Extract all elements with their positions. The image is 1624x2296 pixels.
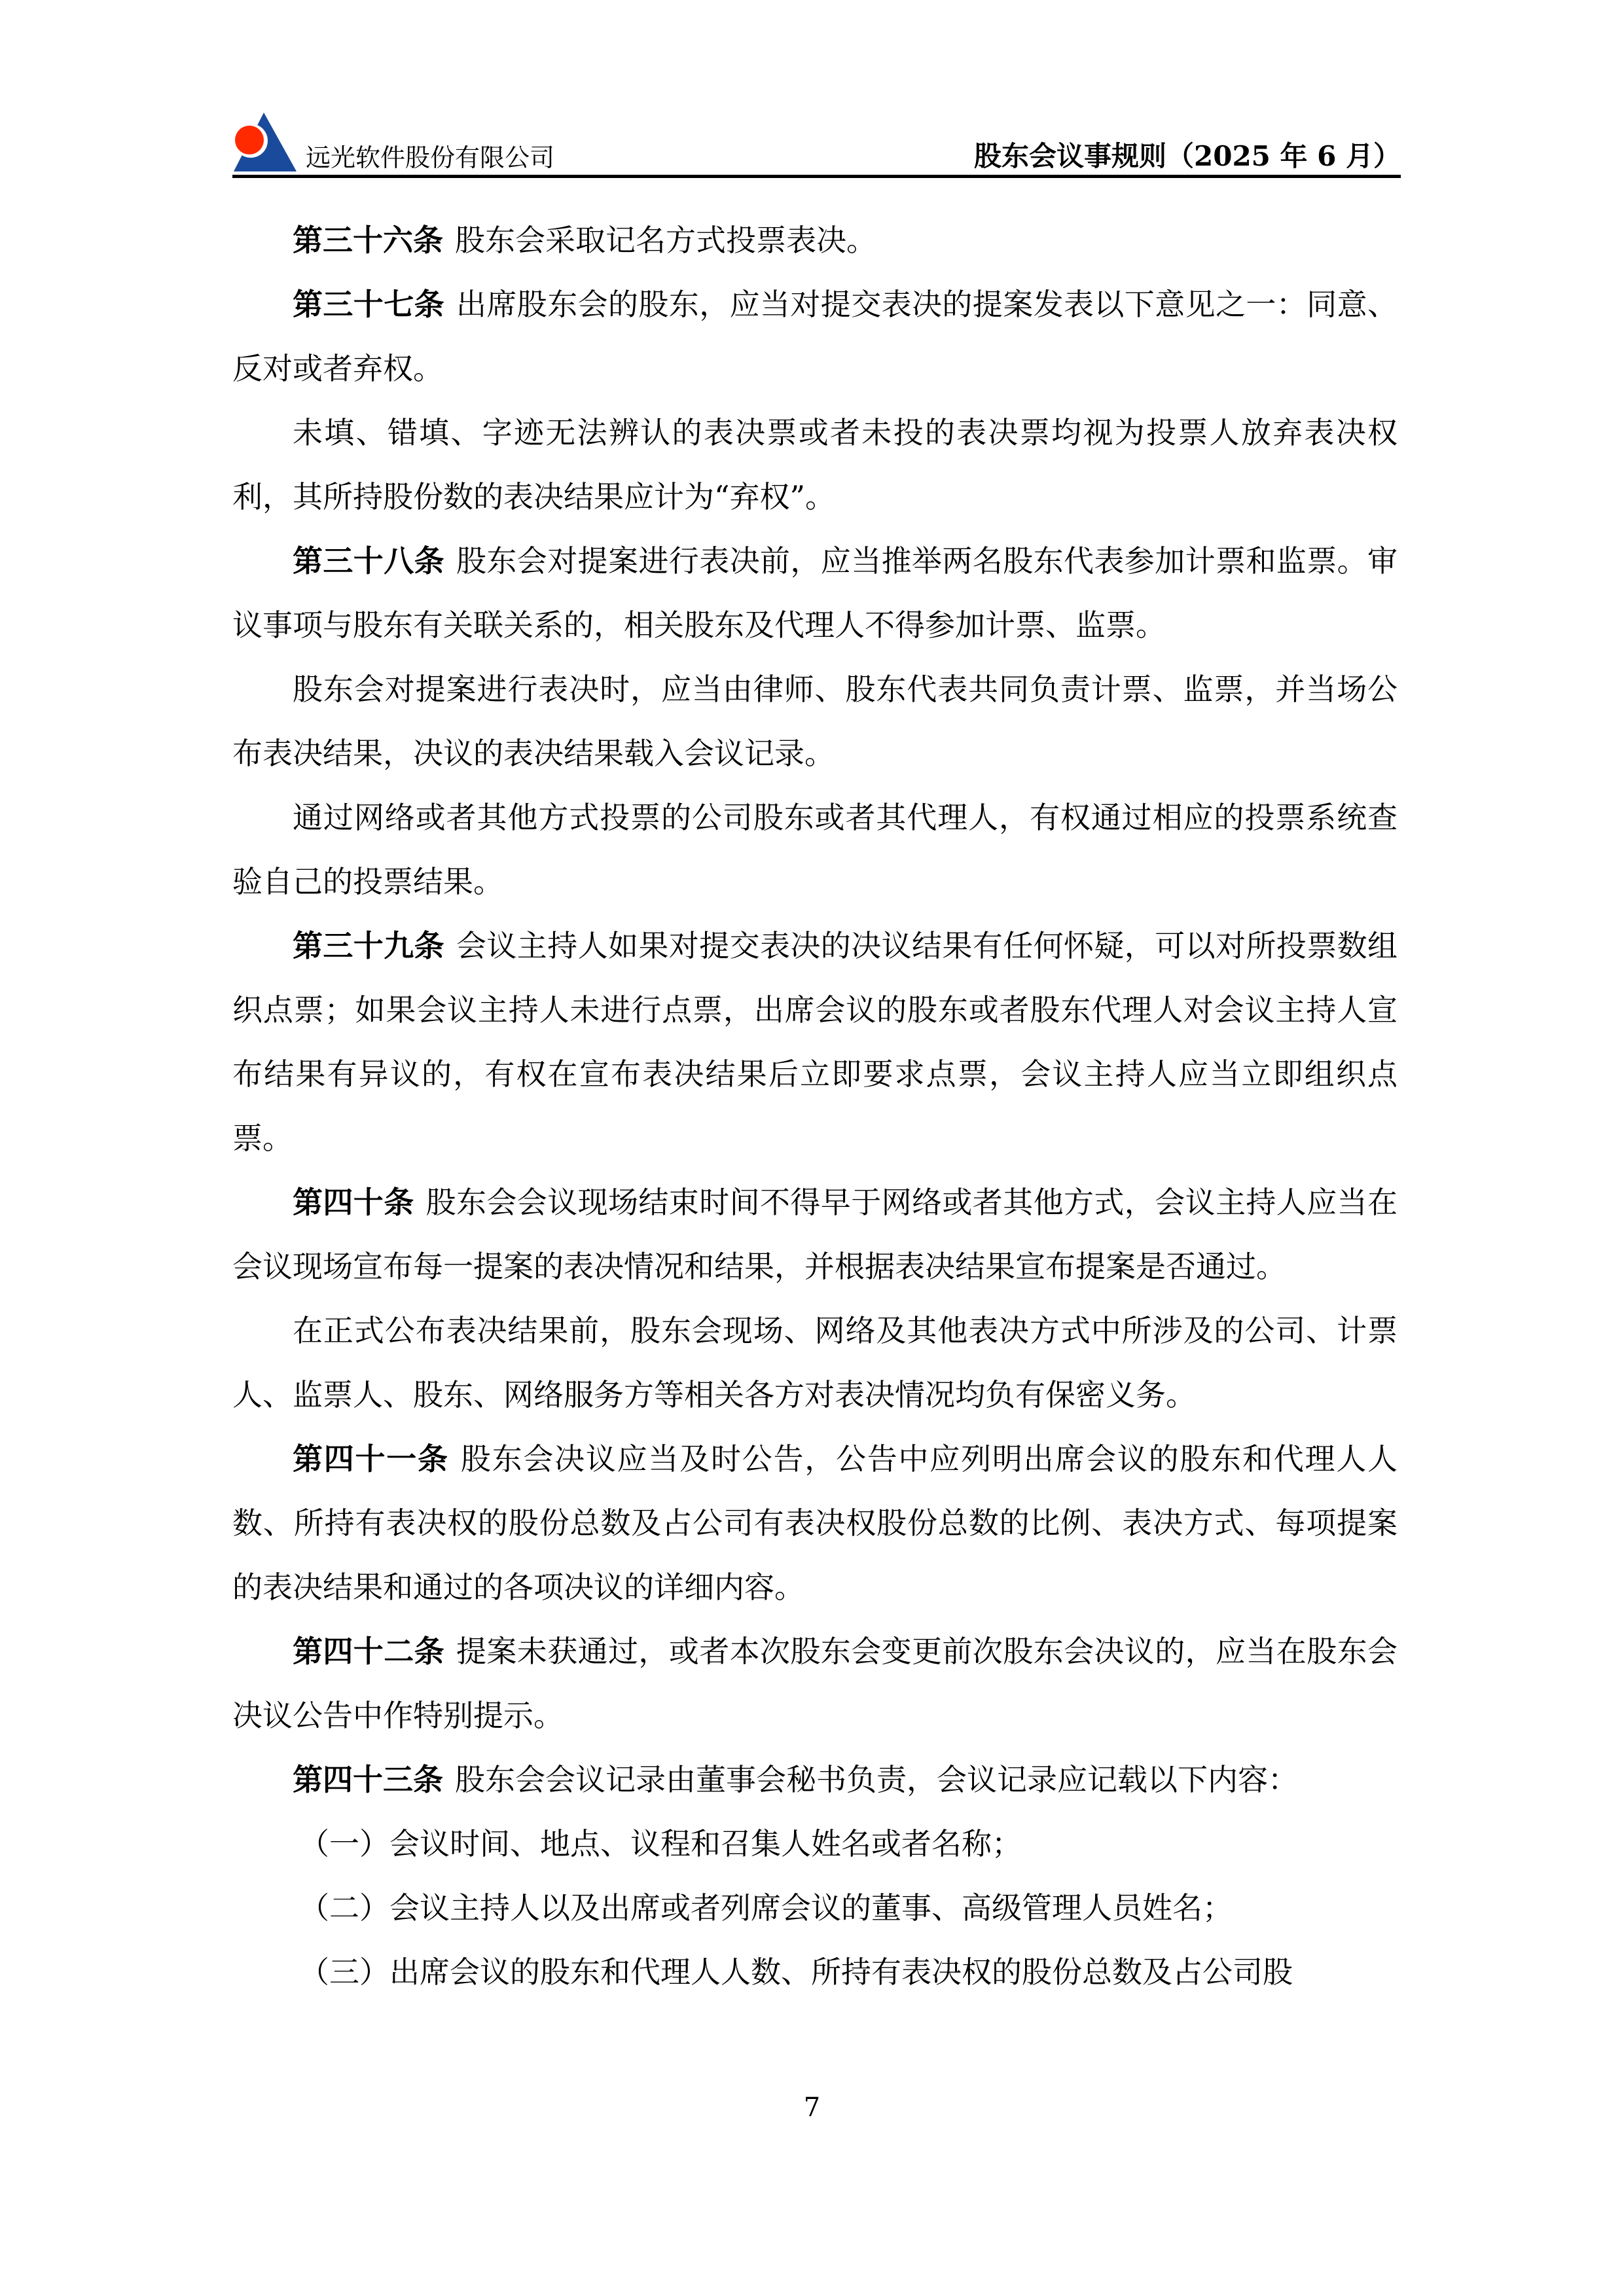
paragraph-text: 未填、错填、字迹无法辨认的表决票或者未投的表决票均视为投票人放弃表决权利，其所持… — [232, 415, 1398, 514]
paragraph-article-40: 第四十条股东会会议现场结束时间不得早于网络或者其他方式，会议主持人应当在会议现场… — [232, 1170, 1398, 1299]
paragraph: 通过网络或者其他方式投票的公司股东或者其代理人，有权通过相应的投票系统查验自己的… — [232, 785, 1398, 914]
paragraph: 在正式公布表决结果前，股东会现场、网络及其他表决方式中所涉及的公司、计票人、监票… — [232, 1299, 1398, 1427]
article-number: 第三十八条 — [293, 543, 444, 579]
article-number: 第三十六条 — [293, 223, 443, 258]
paragraph: 未填、错填、字迹无法辨认的表决票或者未投的表决票均视为投票人放弃表决权利，其所持… — [232, 401, 1398, 529]
article-number: 第四十二条 — [293, 1634, 444, 1669]
paragraph-text: 通过网络或者其他方式投票的公司股东或者其代理人，有权通过相应的投票系统查验自己的… — [232, 800, 1398, 899]
paragraph-article-42: 第四十二条提案未获通过，或者本次股东会变更前次股东会决议的，应当在股东会决议公告… — [232, 1619, 1398, 1748]
list-item: （三）出席会议的股东和代理人人数、所持有表决权的股份总数及占公司股 — [232, 1940, 1398, 2004]
list-item: （一）会议时间、地点、议程和召集人姓名或者名称； — [232, 1812, 1398, 1876]
article-number: 第三十七条 — [293, 287, 444, 322]
logo-triangle-circle-icon — [232, 111, 298, 171]
article-number: 第四十三条 — [293, 1762, 443, 1797]
document-body: 第三十六条股东会采取记名方式投票表决。 第三十七条出席股东会的股东，应当对提交表… — [232, 208, 1398, 2004]
paragraph-text: 股东会对提案进行表决时，应当由律师、股东代表共同负责计票、监票，并当场公布表决结… — [232, 672, 1398, 771]
header-divider — [232, 175, 1401, 178]
company-name: 远光软件股份有限公司 — [306, 143, 554, 173]
document-title: 股东会议事规则（2025 年 6 月） — [974, 140, 1401, 173]
paragraph-article-43: 第四十三条股东会会议记录由董事会秘书负责，会议记录应记载以下内容： — [232, 1748, 1398, 1812]
document-page: 远光软件股份有限公司 股东会议事规则（2025 年 6 月） 第三十六条股东会采… — [0, 0, 1624, 2296]
article-number: 第三十九条 — [293, 928, 444, 963]
paragraph-text: 股东会采取记名方式投票表决。 — [455, 223, 876, 258]
paragraph-article-38: 第三十八条股东会对提案进行表决前，应当推举两名股东代表参加计票和监票。审议事项与… — [232, 529, 1398, 657]
article-number: 第四十条 — [293, 1185, 414, 1220]
article-number: 第四十一条 — [293, 1441, 449, 1477]
paragraph-article-36: 第三十六条股东会采取记名方式投票表决。 — [232, 208, 1398, 272]
paragraph: 股东会对提案进行表决时，应当由律师、股东代表共同负责计票、监票，并当场公布表决结… — [232, 657, 1398, 785]
list-item: （二）会议主持人以及出席或者列席会议的董事、高级管理人员姓名； — [232, 1876, 1398, 1940]
page-header: 远光软件股份有限公司 股东会议事规则（2025 年 6 月） — [232, 111, 1401, 177]
paragraph-article-39: 第三十九条会议主持人如果对提交表决的决议结果有任何怀疑，可以对所投票数组织点票；… — [232, 914, 1398, 1170]
paragraph-text: 在正式公布表决结果前，股东会现场、网络及其他表决方式中所涉及的公司、计票人、监票… — [232, 1313, 1398, 1412]
paragraph-text: 股东会会议记录由董事会秘书负责，会议记录应记载以下内容： — [455, 1762, 1298, 1797]
paragraph-article-41: 第四十一条股东会决议应当及时公告，公告中应列明出席会议的股东和代理人人数、所持有… — [232, 1427, 1398, 1619]
page-number: 7 — [0, 2091, 1624, 2124]
paragraph-article-37: 第三十七条出席股东会的股东，应当对提交表决的提案发表以下意见之一：同意、反对或者… — [232, 272, 1398, 401]
